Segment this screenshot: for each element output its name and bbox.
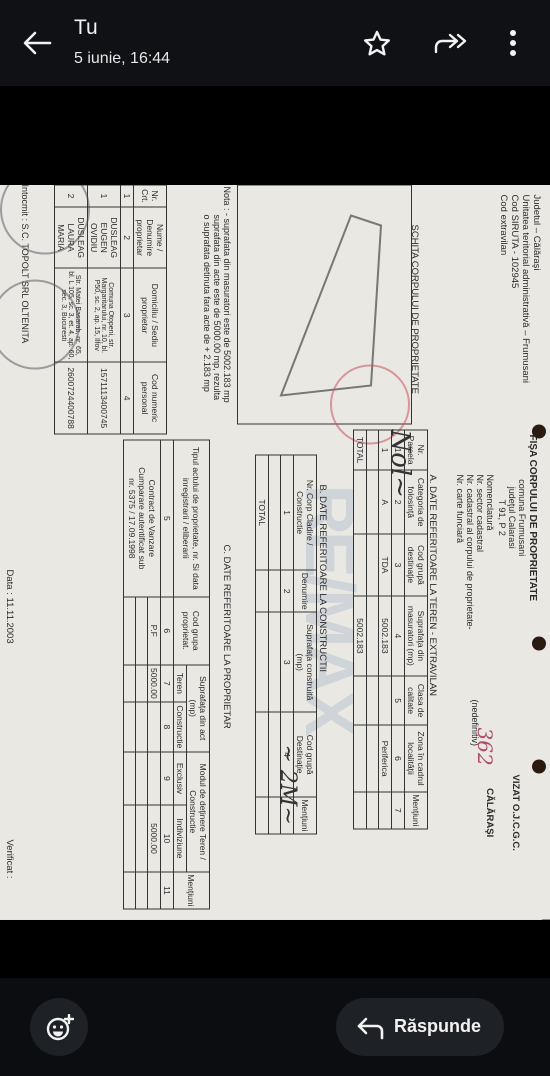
col-header: Nr. Crt. [134, 185, 167, 207]
col-number: 3 [392, 534, 405, 596]
more-vert-icon [503, 28, 523, 58]
nomenclature-block: Nomenclatură Nr. sector cadastral Nr. ca… [455, 475, 495, 630]
owner-nr: 1 [88, 185, 121, 207]
uat-line: Unitatea teritorial administrativă – Fru… [520, 195, 531, 384]
col-number: 2 [392, 470, 405, 534]
col-number: 1 [281, 455, 294, 570]
col-number: 3 [121, 268, 134, 362]
total-label: TOTAL [256, 455, 269, 570]
col-header: Zona în cadrul localităţii [405, 725, 428, 792]
col-header: Denumire [294, 570, 317, 612]
star-button[interactable] [362, 29, 392, 59]
col-header: Suprafaţa din masuratori (mp) [405, 596, 428, 676]
col-header: Nume / Denumire proprietar [134, 207, 167, 268]
nomenclature-label: Nomenclatură [485, 475, 495, 630]
act-line: Contract de Vanzare [147, 443, 157, 595]
owner-address: Comuna Otopeni, str. Margaritarului, nr.… [88, 268, 121, 362]
handwritten-cadastral-number: 362 [473, 728, 497, 766]
cadastral-label: Nr. cadastral al corpului de proprietate… [465, 475, 475, 630]
col-number: 2 [281, 570, 294, 612]
col-number: 10 [161, 805, 174, 872]
forward-button[interactable] [432, 28, 470, 58]
col-header: Suprafaţa construită (mp) [294, 612, 317, 712]
col-header: Domiciliu / Sediu proprietar [134, 268, 167, 362]
document-title: FIŞA CORPULUI DE PROPRIETATE [527, 435, 538, 602]
punch-hole [532, 760, 546, 774]
cell [379, 676, 392, 725]
more-options-button[interactable] [503, 28, 523, 58]
col-number: 4 [392, 596, 405, 676]
group-header: Modul de deţinere Teren / Constructie [187, 752, 210, 872]
vizat-line: VIZAT O.J.C.G.C. [502, 775, 528, 851]
col-number: 5 [161, 440, 174, 597]
act-line: Cumparare autentificat sub [137, 443, 147, 595]
col-number: 1 [121, 185, 134, 207]
cell [379, 792, 392, 829]
back-button[interactable] [20, 28, 54, 58]
cell: 5000.00 [148, 665, 161, 702]
table-row: Contract de Vanzare Cumparare autentific… [148, 440, 161, 909]
col-number: 5 [392, 676, 405, 725]
document-title-block: FIŞA CORPULUI DE PROPRIETATE comuna Frum… [497, 435, 538, 602]
col-number: 7 [392, 792, 405, 829]
col-number: 9 [161, 752, 174, 805]
county-subtitle: judeţul Calarasi [507, 435, 517, 602]
top-app-bar: Tu 5 iunie, 16:44 [0, 0, 550, 86]
act-cell: Contract de Vanzare Cumparare autentific… [124, 440, 161, 597]
col-number: 6 [161, 597, 174, 665]
note-line: suprafata din acte este de 5000.00 mp, r… [212, 187, 222, 403]
section-b-title: B. DATE REFERITOARE LA CONSTRUCTII [317, 485, 328, 673]
siruta-line: Cod SIRUTA - 102945 [509, 195, 520, 384]
punch-hole [532, 637, 546, 651]
cell: 5000.00 [148, 805, 161, 872]
sender-name: Tu [74, 16, 98, 40]
owner-cnp: 1571113400745 [88, 362, 121, 434]
section-a-title: A. DATE REFERITOARE LA TEREN - EXTRAVILA… [427, 475, 438, 697]
reply-button[interactable]: Răspunde [336, 998, 504, 1056]
note-line: o suprafata detinuta fara acte de + 2.18… [202, 187, 212, 403]
add-reaction-icon [46, 1014, 74, 1042]
document-page: RE/MAX Judetul – Călăraşi Unitatea terit… [0, 185, 550, 920]
col-header: Cod grupă destinaţie [405, 534, 428, 596]
area-note: Nota : - suprafata din masuratori este d… [202, 187, 232, 403]
section-c-title: C. DATE REFERITOARE LA PROPRIETAR [221, 545, 232, 729]
cell: 5002.183 [379, 596, 392, 676]
col-header: Nr. Corp Cladire / Constructie [294, 455, 317, 570]
owner-cnp: 2600724400788 [55, 362, 88, 434]
document-date: Data : 11.11.2003 [4, 570, 15, 644]
col-header: Categoria de folosinţă [405, 470, 428, 534]
table-row: 1 A TDA 5002.183 Periferica [379, 430, 392, 829]
extravilan-code-line: Cod extravilan [498, 195, 509, 384]
col-header: Cod grupa proprietat. [174, 597, 210, 665]
note-line: Nota : - suprafata din masuratori este d… [222, 187, 232, 403]
forward-all-icon [432, 28, 470, 58]
col-number: 1 [392, 430, 405, 470]
document-left-header: Judetul – Călăraşi Unitatea teritorial a… [498, 195, 542, 384]
col-header: Tipul actului de proprietate, nr. Si dat… [174, 440, 210, 597]
add-reaction-button[interactable] [30, 998, 88, 1056]
cell: TDA [379, 534, 392, 596]
act-line: nr. 5375 / 17.09.1998 [127, 443, 137, 595]
total-row: TOTAL 5002.183 [354, 430, 367, 829]
total-value: 5002.183 [354, 596, 367, 676]
property-table: Tipul actului de proprietate, nr. Si dat… [123, 440, 210, 910]
col-header: Constructie [174, 702, 187, 752]
parcel-ref: T 91, P 2 [497, 435, 507, 602]
land-table: Nr. Parcela Categoria de folosinţă Cod g… [353, 430, 428, 830]
back-arrow-icon [20, 28, 54, 58]
group-header: Suprafaţa din act (mp) [187, 665, 210, 752]
cell: A [379, 470, 392, 534]
cell: 1 [379, 430, 392, 470]
col-number: 11 [161, 872, 174, 909]
total-label: TOTAL [354, 430, 367, 470]
col-header: Nr. Parcela [405, 430, 428, 470]
cell: Periferica [379, 725, 392, 792]
col-header: Indiviziune [174, 805, 187, 872]
commune-line: comuna Frumusani [517, 435, 527, 602]
col-header: Teren [174, 665, 187, 702]
col-number: 6 [392, 725, 405, 792]
cell: P.F [148, 597, 161, 665]
land-book-label: Nr. carte funciară [455, 475, 465, 630]
col-header: Menţiuni [174, 872, 210, 909]
reply-icon [356, 1016, 386, 1040]
col-number: 2 [121, 207, 134, 268]
vizat-city: CĂLĂRAŞI [476, 775, 502, 851]
col-number: 4 [121, 362, 134, 434]
col-number: 3 [281, 612, 294, 712]
owner-row: 1 DUSLEAG EUGEN OVIDIU Comuna Otopeni, s… [88, 185, 121, 434]
col-header: Menţiuni [405, 792, 428, 829]
punch-hole [532, 425, 546, 439]
owner-name: DUSLEAG EUGEN OVIDIU [88, 207, 121, 268]
star-icon [362, 29, 392, 59]
col-header: Clasa de calitate [405, 676, 428, 725]
signature: ~ 2M~ [275, 745, 300, 825]
reply-label: Răspunde [394, 1016, 481, 1037]
vizat-stamp-text: VIZAT O.J.C.G.C. CĂLĂRAŞI [476, 775, 528, 851]
col-number: 8 [161, 702, 174, 752]
county-line: Judetul – Călăraşi [531, 195, 542, 384]
message-timestamp: 5 iunie, 16:44 [74, 50, 170, 68]
sector-label: Nr. sector cadastral [475, 475, 485, 630]
verified-label: Verificat : [4, 840, 15, 879]
col-header: Cod numeric personal [134, 362, 167, 434]
col-header: Exclusiv [174, 752, 187, 805]
attached-photo[interactable]: RE/MAX Judetul – Călăraşi Unitatea terit… [0, 185, 550, 920]
col-number: 7 [161, 665, 174, 702]
